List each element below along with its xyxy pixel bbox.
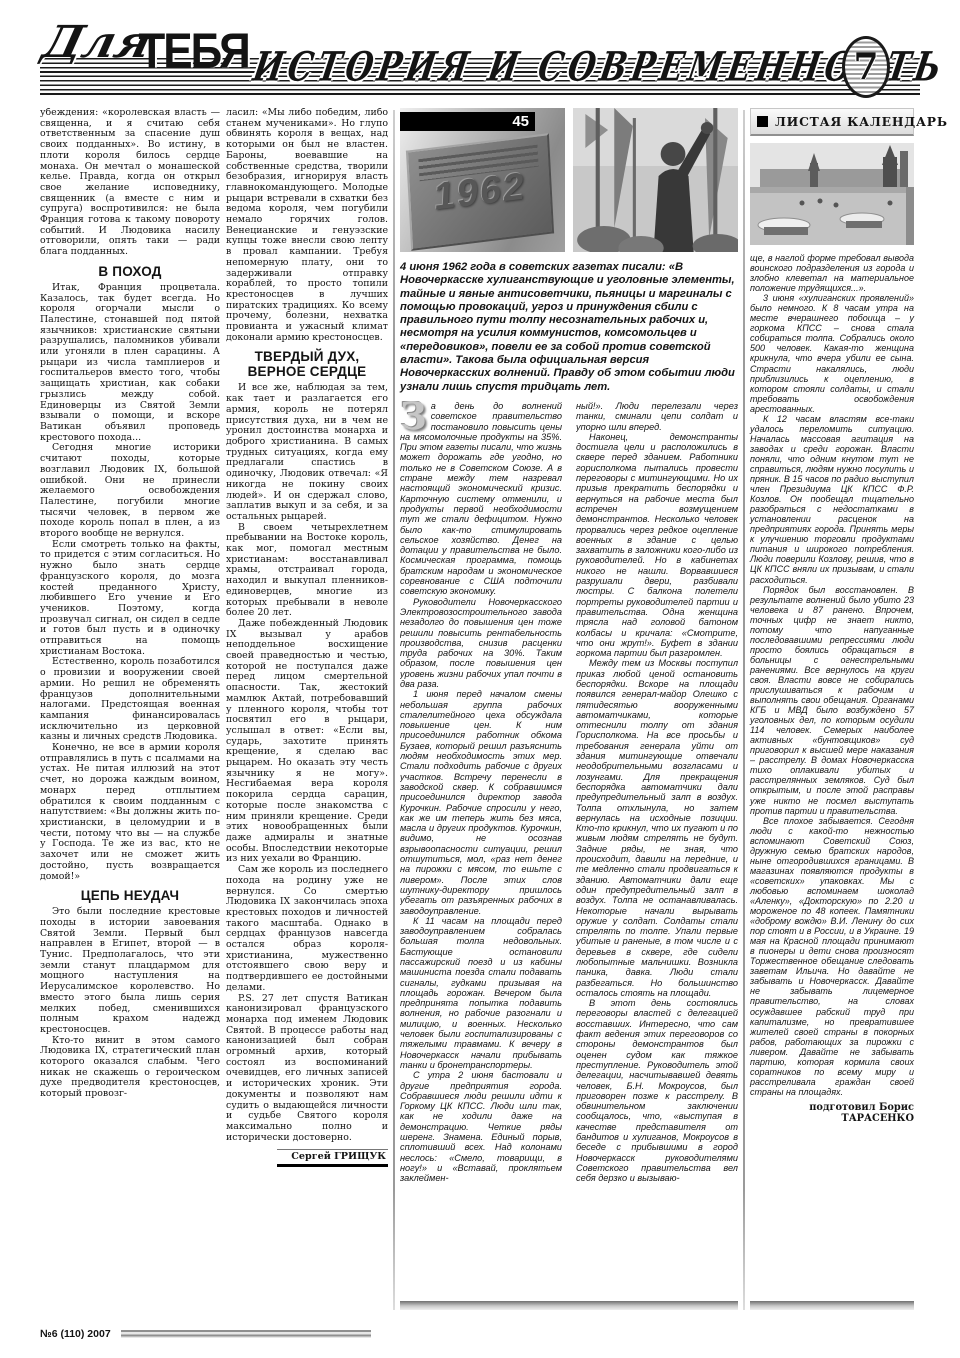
parade-illustration [750,143,914,245]
paragraph: В этот день состоялись переговоры власте… [576,998,738,1183]
paragraph: 1 июня перед началом смены небольшая гру… [400,689,562,916]
page-header: ДляТЕБЯ ИСТОРИЯ И СОВРЕМЕННОСТЬ 7 [40,36,920,100]
memorial-plaque: 1962 [406,133,554,251]
novocherkassk-column-1: За день до волнений советское правительс… [400,401,562,1295]
logo-block-text: ТЕБЯ [138,24,248,80]
column-gap [562,401,576,1295]
anniversary-badge: 45 [400,112,535,131]
drop-cap: З [400,401,431,431]
newspaper-page: ДляТЕБЯ ИСТОРИЯ И СОВРЕМЕННОСТЬ 7 убежде… [0,0,960,1358]
paragraph: 3 июня «хулиганских проявлений» было нем… [750,293,914,414]
page-footer: №6 (110) 2007 [40,1328,371,1340]
paragraph: В своем четырехлетнем пребывании на Вост… [226,523,388,619]
author-byline-tarasenko: подготовил Борис ТАРАСЕНКО [750,1102,914,1124]
paragraph: Сегодня многие историки считают походы, … [40,443,220,539]
newspaper-logo: ДляТЕБЯ [44,26,249,77]
paragraph: К 11 часам на площади перед заводоуправл… [400,916,562,1070]
footer-rule [121,1330,371,1338]
author-byline-grischuk: Сергей ГРИЩУК [226,1149,388,1167]
postscript-paragraph: P.S. 27 лет спустя Ватикан канонизировал… [226,994,388,1144]
photo-row: 45 1962 [400,108,738,252]
paragraph: И все же, наблюдая за тем, как тает и ра… [226,383,388,522]
column-divider [743,110,745,1310]
paragraph: Порядок был восстановлен. В результате в… [750,585,914,816]
article-louis-column-1: убеждения: «королевская власть — священн… [40,108,220,1310]
paragraph: Даже побежденный Людовик IX вызывал у ар… [226,619,388,865]
paragraph: убеждения: «королевская власть — священн… [40,108,220,258]
paragraph: Кто-то винит в этом самого Людовика IX, … [40,1036,220,1100]
paragraph: Конечно, не все в армии короля отправлял… [40,743,220,882]
rally-illustration [573,108,738,252]
calendar-title: ЛИСТАЯ КАЛЕНДАРЬ [775,114,948,129]
article-louis-column-2: ласил: «Мы либо победим, либо станем муч… [226,108,388,1310]
paragraph: Это были последние крестовые походы в ис… [40,907,220,1035]
heading-v-pohod: В ПОХОД [40,264,220,279]
calendar-header: ЛИСТАЯ КАЛЕНДАРЬ [750,108,914,136]
paragraph: Сам же король из последнего похода на ро… [226,865,388,993]
khrushchev-rally-photo [573,108,738,252]
article-columns: За день до волнений советское правительс… [400,401,738,1295]
paragraph: Между тем из Москвы поступил приказ любо… [576,658,738,998]
paragraph: ласил: «Мы либо победим, либо станем муч… [226,108,388,343]
bottom-rule [750,1301,914,1310]
paragraph: Все плохое забывается. Сегодня люди с ка… [750,816,914,1097]
paragraph: С утра 2 июня бастовали и другие предпри… [400,1070,562,1183]
novocherkassk-column-2: ный!». Люди перелезали через танки, смин… [576,401,738,1295]
column-divider [393,110,395,1310]
article-novocherkassk: 45 1962 [400,108,738,1310]
bottom-rule [400,1301,738,1310]
paragraph: К 12 часам властям все-таки удалось пере… [750,414,914,585]
red-square-parade-photo [750,143,914,245]
paragraph: Естественно, король позаботился о провиз… [40,657,220,743]
paragraph: Итак, Франция процветала. Казалось, так … [40,283,220,444]
paragraph: ный!». Люди перелезали через танки, смин… [576,401,738,432]
page-number-badge: 7 [842,36,890,98]
paragraph: ще, в наглой форме требовал вывода воинс… [750,253,914,293]
black-square-icon [757,116,768,127]
issue-number: №6 (110) 2007 [40,1328,111,1340]
paragraph: За день до волнений советское правительс… [400,401,562,597]
heading-tsep-neudach: ЦЕПЬ НЕУДАЧ [40,888,220,903]
heading-tverdy-dukh: ТВЕРДЫЙ ДУХ, ВЕРНОЕ СЕРДЦЕ [226,349,388,379]
calendar-column: ЛИСТАЯ КАЛЕНДАРЬ [750,108,914,1310]
article-lead: 4 июня 1962 года в советских газетах пис… [400,261,738,394]
page-number: 7 [853,49,878,85]
plaque-1962-photo: 45 1962 [400,108,565,252]
paragraph: Если смотреть только на факты, то придет… [40,540,220,658]
paragraph: Наконец, демонстранты достигла цели и ра… [576,432,738,659]
page-body: убеждения: «королевская власть — священн… [40,108,920,1310]
paragraph: Руководители Новочеркасского Электровозо… [400,597,562,690]
